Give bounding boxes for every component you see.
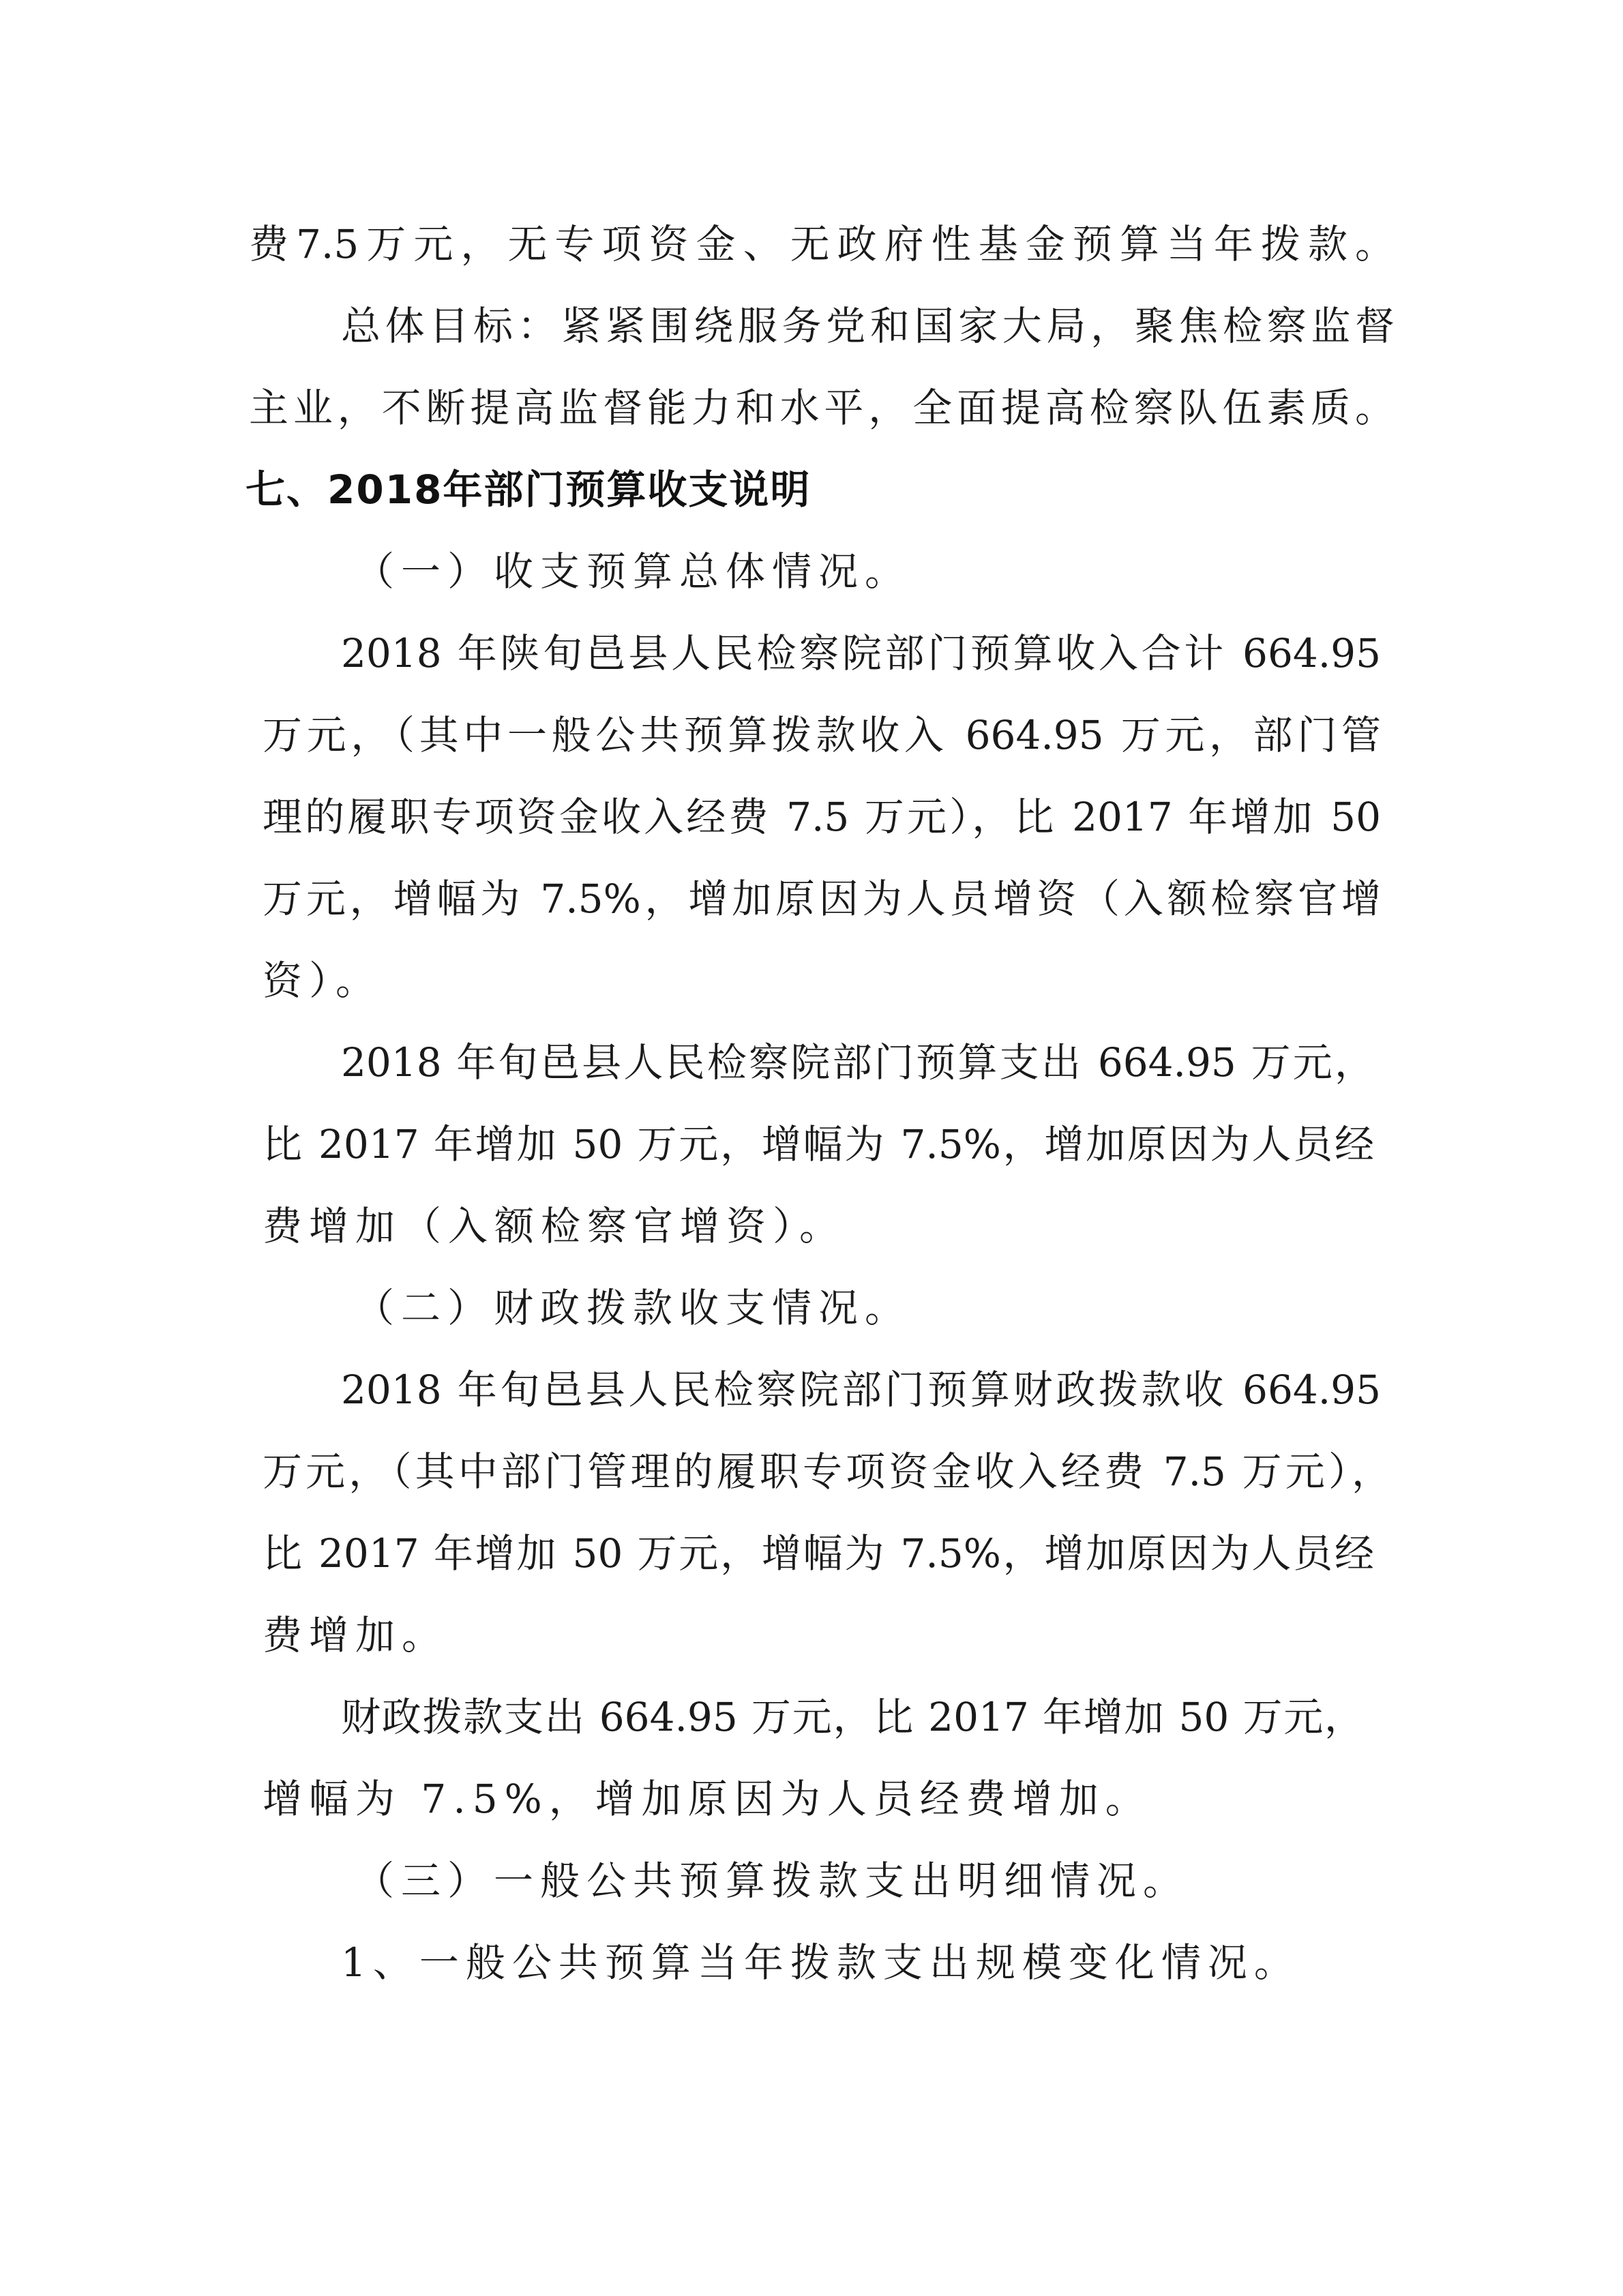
section-heading: 七、2018年部门预算收支说明 <box>245 462 1391 517</box>
numbered-item-heading: 1、一般公共预算当年拨款支出规模变化情况。 <box>341 1935 1487 1990</box>
paragraph-line: 2018 年陕旬邑县人民检察院部门预算收入合计 664.95 <box>341 626 1381 681</box>
document-page: 费7.5万元，无专项资金、无政府性基金预算当年拨款。 总体目标：紧紧围绕服务党和… <box>0 0 1623 2296</box>
paragraph-line: 费增加。 <box>263 1608 1408 1663</box>
subsection-heading: （一）收支预算总体情况。 <box>355 544 1500 599</box>
paragraph-line: 费增加（入额检察官增资）。 <box>263 1199 1408 1253</box>
paragraph-line: 比 2017 年增加 50 万元，增幅为 7.5%，增加原因为人员经 <box>263 1117 1374 1172</box>
paragraph-line: 主业，不断提高监督能力和水平，全面提高检察队伍素质。 <box>249 381 1395 435</box>
paragraph-line: 万元，（其中一般公共预算拨款收入 664.95 万元，部门管 <box>263 708 1381 762</box>
paragraph-line: 总体目标：紧紧围绕服务党和国家大局，聚焦检察监督 <box>341 299 1395 353</box>
paragraph-line: 增幅为 7.5%，增加原因为人员经费增加。 <box>263 1772 1408 1826</box>
paragraph-line: 2018 年旬邑县人民检察院部门预算财政拨款收 664.95 <box>341 1362 1381 1417</box>
paragraph-line: 费7.5万元，无专项资金、无政府性基金预算当年拨款。 <box>249 217 1395 271</box>
subsection-heading: （三）一般公共预算拨款支出明细情况。 <box>355 1853 1500 1908</box>
paragraph-line: 资）。 <box>263 953 1408 1008</box>
subsection-heading: （二）财政拨款收支情况。 <box>355 1281 1500 1335</box>
paragraph-line: 比 2017 年增加 50 万元，增幅为 7.5%，增加原因为人员经 <box>263 1526 1374 1581</box>
paragraph-line: 理的履职专项资金收入经费 7.5 万元），比 2017 年增加 50 <box>263 790 1381 844</box>
paragraph-line: 万元，增幅为 7.5%，增加原因为人员增资（入额检察官增 <box>263 871 1381 926</box>
paragraph-line: 万元，（其中部门管理的履职专项资金收入经费 7.5 万元）， <box>263 1444 1391 1499</box>
paragraph-line: 财政拨款支出 664.95 万元，比 2017 年增加 50 万元， <box>341 1690 1364 1744</box>
paragraph-line: 2018 年旬邑县人民检察院部门预算支出 664.95 万元， <box>341 1035 1374 1090</box>
